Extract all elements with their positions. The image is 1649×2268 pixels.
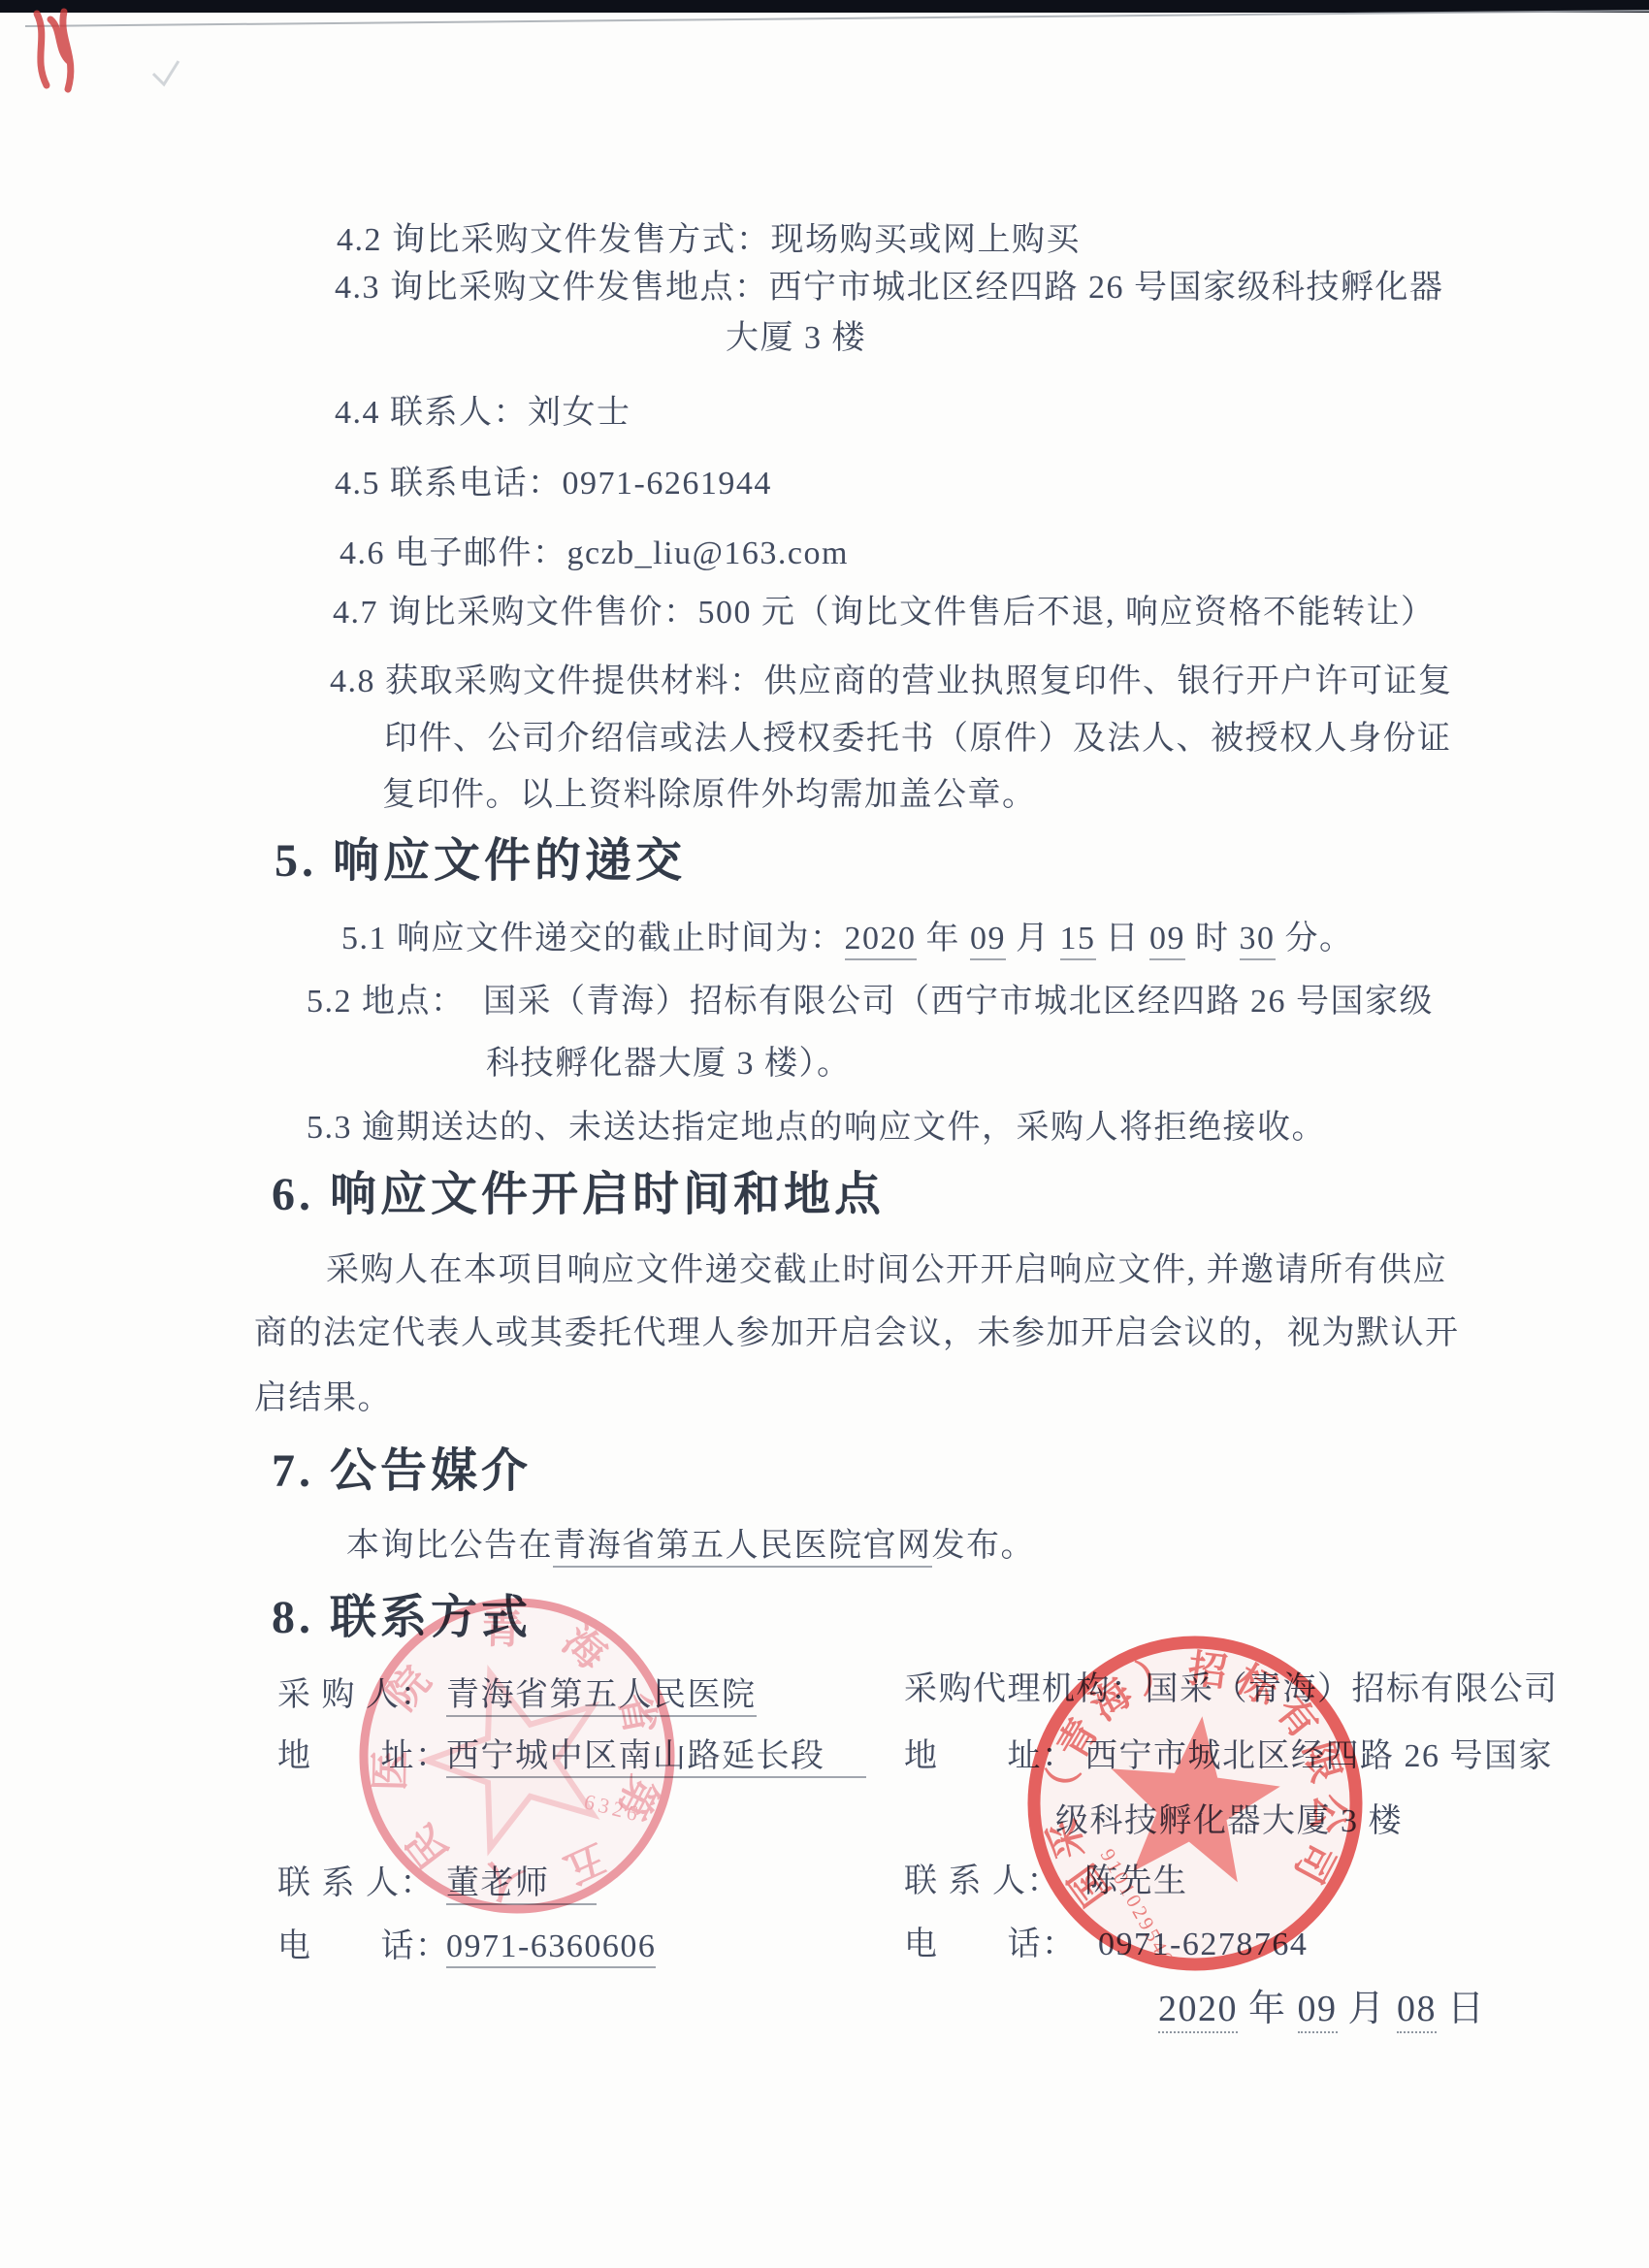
scan-hairline [25, 11, 1649, 26]
scan-edge-bar [0, 0, 1649, 13]
line-4-8: 4.8 获取采购文件提供材料：供应商的营业执照复印件、银行开户许可证复 [330, 663, 1453, 700]
red-pen-scribble [37, 12, 71, 89]
section-6-par-line1: 采购人在本项目响应文件递交截止时间公开开启响应文件, 并邀请所有供应 [326, 1251, 1447, 1289]
line-5-2-wrap: 科技孵化器大厦 3 楼）。 [486, 1045, 852, 1083]
line-4-8-wrap2: 复印件。以上资料除原件外均需加盖公章。 [382, 776, 1037, 814]
section-6-heading: 6. 响应文件开启时间和地点 [272, 1170, 885, 1221]
line-4-6-email: 4.6 电子邮件：gczb_liu@163.com [339, 535, 849, 572]
scan-artifacts [0, 0, 1649, 116]
line-4-8-wrap1: 印件、公司介绍信或法人授权委托书（原件）及法人、被授权人身份证 [384, 720, 1452, 758]
buyer-phone-label: 电 话： [277, 1928, 436, 1965]
section-7-line: 本询比公告在青海省第五人民医院官网发布。 [346, 1527, 1035, 1565]
buyer-phone-value: 0971-6360606 [446, 1928, 656, 1968]
line-5-3: 5.3 逾期送达的、未送达指定地点的响应文件，采购人将拒绝接收。 [307, 1109, 1326, 1147]
section-5-heading: 5. 响应文件的递交 [275, 836, 686, 888]
line-4-3: 4.3 询比采购文件发售地点：西宁市城北区经四路 26 号国家级科技孵化器 [335, 269, 1444, 307]
buyer-phone-row: 电 话： 0971-6360606 [277, 1928, 656, 1965]
hospital-seal-stamp: 青海省第五人民医院 6326 [342, 1581, 692, 1930]
line-5-2-location: 5.2 地点： 国采（青海）招标有限公司（西宁市城北区经四路 26 号国家级 [307, 983, 1434, 1021]
line-4-5: 4.5 联系电话：0971-6261944 [335, 465, 772, 502]
issue-date: 2020 年 09 月 08 日 [1158, 1989, 1486, 2031]
line-4-2: 4.2 询比采购文件发售方式：现场购买或网上购买 [337, 221, 1081, 259]
section-7-heading: 7. 公告媒介 [272, 1446, 532, 1498]
line-4-7: 4.7 询比采购文件售价：500 元（询比文件售后不退, 响应资格不能转让） [333, 594, 1436, 632]
scanned-procurement-notice-page: 4.2 询比采购文件发售方式：现场购买或网上购买 4.3 询比采购文件发售地点：… [0, 0, 1649, 2268]
line-5-1-deadline: 5.1 响应文件递交的截止时间为：2020 年 09 月 15 日 09 时 3… [341, 920, 1354, 957]
agency-seal-stamp: 国采（青海）招标有限公司 9101029546 [1011, 1619, 1379, 1988]
section-6-par-line3: 启结果。 [254, 1379, 392, 1417]
faint-check-mark [153, 61, 178, 84]
section-6-par-line2: 商的法定代表人或其委托代理人参加开启会议，未参加开启会议的，视为默认开 [254, 1314, 1460, 1352]
line-4-3-wrap: 大厦 3 楼 [726, 319, 866, 357]
line-4-4: 4.4 联系人：刘女士 [335, 394, 631, 432]
